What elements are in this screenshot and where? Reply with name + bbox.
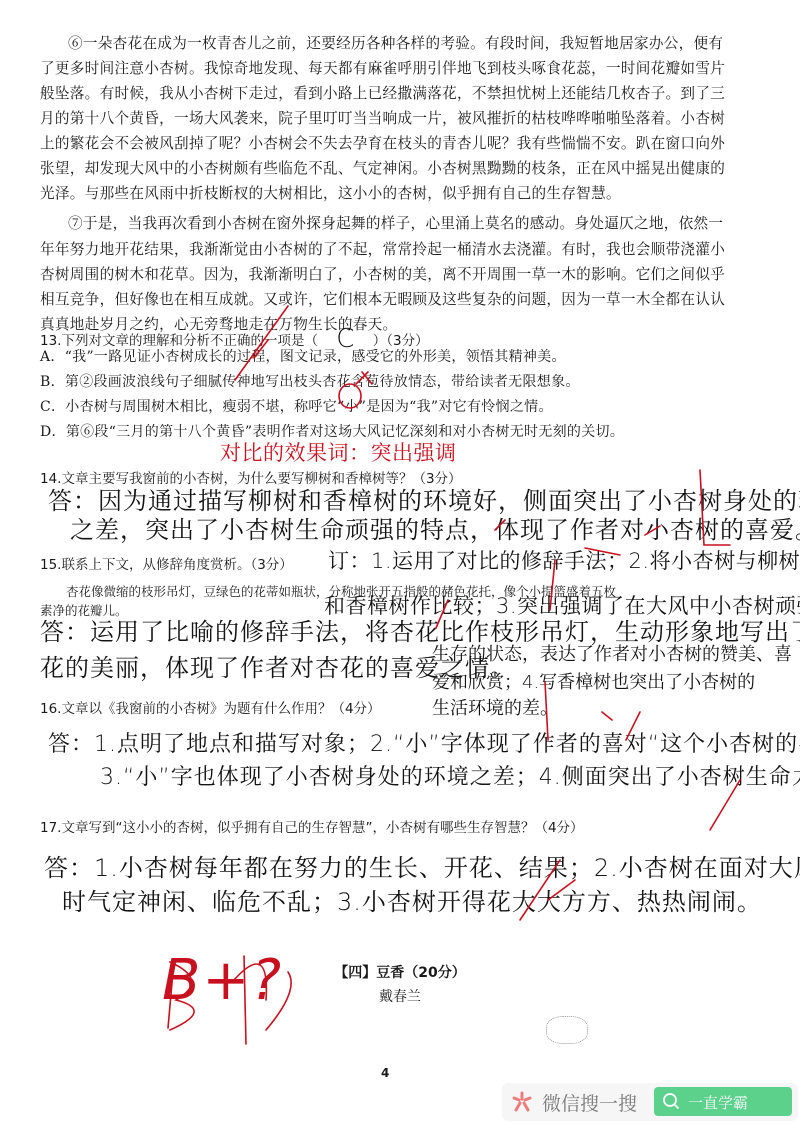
q15-correction-line: 生存的状态，表达了作者对小杏树的赞美、喜 — [432, 640, 792, 666]
p7-line: ⑦于是，当我再次看到小杏树在窗外探身起舞的样子，心里涌上莫名的感动。身处逼仄之地… — [40, 211, 788, 236]
wechat-search-button[interactable]: 一直学霸 — [654, 1087, 792, 1116]
p6-line: 了更多时间注意小杏树。我惊奇地发现、每天都有麻雀呼朋引伴地飞到枝头啄食花蕊，一时… — [40, 56, 760, 81]
q13-option-b: B．第②段画波浪线句子细腻传神地写出枝头杏花含苞待放情态，带给读者无限想象。 — [40, 371, 580, 391]
wechat-search-label: 微信搜一搜 — [542, 1089, 637, 1116]
wechat-search-logo-icon — [510, 1089, 534, 1113]
page-number: 4 — [381, 1066, 389, 1080]
p7-line: 年年努力地开花结果，我渐渐觉由小杏树的了不起，常常拎起一桶清水去浇灌。有时，我也… — [40, 237, 760, 262]
q13-option-a: A．“我”一路见证小杏树成长的过程，图文记录，感受它的外形美，领悟其精神美。 — [40, 346, 566, 366]
q16-stem: 16.文章以《我窗前的小杏树》为题有什么作用？（4分） — [40, 697, 381, 717]
q15-stem: 15.联系上下文，从修辞角度赏析。（3分） — [40, 553, 293, 573]
q15-correction-line: 爱和欣赏；4.写香樟树也突出了小杏树的 — [432, 668, 755, 694]
q15-correction-line: 生活环境的差。 — [432, 694, 558, 720]
p7-line: 相互竞争，但好像也在相互成就。又或许，它们根本无暇顾及这些复杂的问题，因为一草一… — [40, 287, 760, 312]
p6-line: 月的第十八个黄昏，一场大风袭来，院子里叮叮当当响成一片，被风摧折的枯枝哗哗啪啪坠… — [40, 106, 760, 131]
q16-answer-line: 3.“小”字也体现了小杏树身处的环境之差；4.侧面突出了小杏树生命力的顽强 — [100, 760, 800, 791]
search-icon — [662, 1092, 680, 1110]
q17-answer-line: 答：1.小杏树每年都在努力的生长、开花、结果；2.小杏树在面对大风 — [44, 848, 800, 883]
p6-line: 张望，却发现大风中的小杏树颇有些临危不乱、气定神闲。小杏树黑黝黝的枝条，正在风中… — [40, 156, 760, 181]
q16-answer-line: 答：1.点明了地点和描写对象；2.“小”字体现了作者的喜对“这个小杏树的喜爱 — [48, 727, 800, 758]
section-four-author: 戴春兰 — [0, 986, 800, 1006]
q14-answer-line: 之差，突出了小杏树生命顽强的特点，体现了作者对小杏树的喜爱。 — [70, 510, 800, 545]
p6-line: 上的繁花会不会被风刮掉了呢？小杏树会不失去孕育在枝头的青杏儿呢？我有些惴惴不安。… — [40, 131, 760, 156]
section-four-title: 【四】豆香（20分） — [0, 962, 800, 982]
q13-option-c: C．小杏树与周围树木相比，瘦弱不堪，称呼它“小”是因为“我”对它有怜悯之情。 — [40, 396, 553, 416]
q15-correction-line: 和香樟树作比较；3.突出强调了在大风中小杏树顽强 — [324, 590, 800, 620]
p6-line: 般坠落。有时候，我从小杏树下走过，看到小路上已经撒满落花，不禁担忧树上还能结几枚… — [40, 81, 760, 106]
q15-correction-line: 订：1.运用了对比的修辞手法；2.将小杏树与柳树 — [328, 545, 800, 575]
p6-line: ⑥一朵杏花在成为一枚青杏儿之前，还要经历各种各样的考验。有段时间，我短暂地居家办… — [40, 31, 788, 56]
wechat-search-bar[interactable]: 微信搜一搜 一直学霸 — [502, 1083, 798, 1121]
stamp-scribble — [546, 1016, 588, 1044]
wechat-search-query: 一直学霸 — [688, 1092, 748, 1113]
q17-stem: 17.文章写到“这小小的杏树，似乎拥有自己的生存智慧”，小杏树有哪些生存智慧？（… — [40, 816, 584, 836]
q17-answer-line: 时气定神闲、临危不乱；3.小杏树开得花大大方方、热热闹闹。 — [62, 882, 762, 917]
teacher-note: 对比的效果词：突出强调 — [220, 437, 457, 467]
p7-line: 杏树周围的树木和花草。因为，我渐渐明白了，小杏树的美，离不开周围一草一木的影响。… — [40, 262, 760, 287]
p6-line: 光泽。与那些在风雨中折枝断杈的大树相比，这小小的杏树，似乎拥有自己的生存智慧。 — [40, 181, 760, 206]
